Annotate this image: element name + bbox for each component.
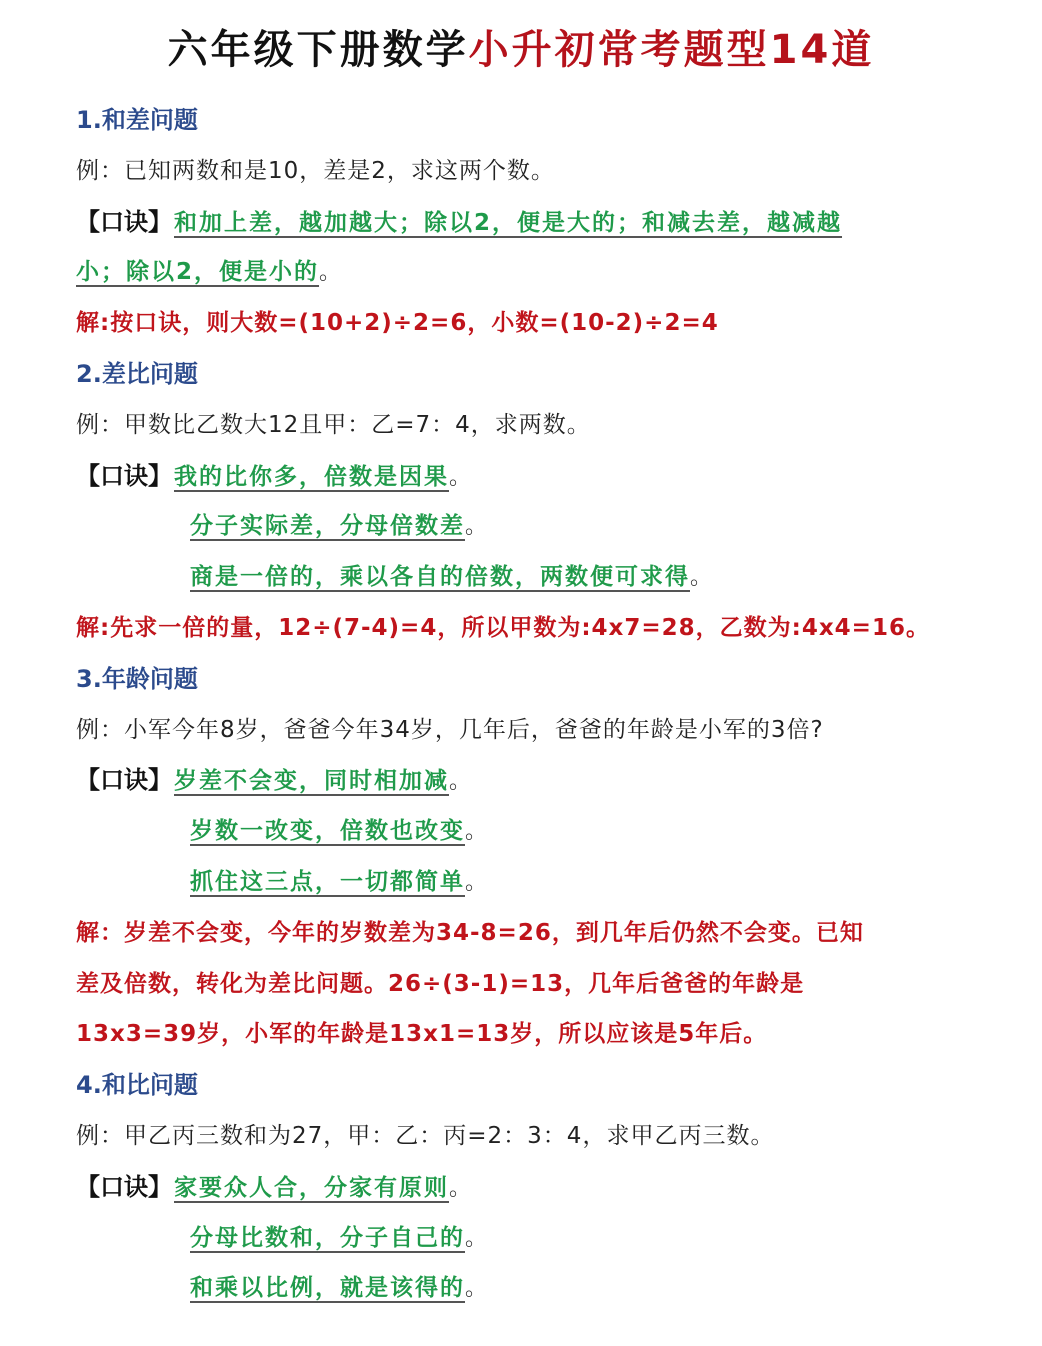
mnemonic-text: 商是一倍的，乘以各自的倍数，两数便可求得 (190, 564, 690, 590)
example-text: 例：小军今年8岁，爸爸今年34岁，几年后，爸爸的年龄是小军的3倍? (76, 712, 824, 748)
solution-text: 解：岁差不会变，今年的岁数差为34-8=26，到几年后仍然不会变。已知 (76, 915, 864, 951)
solution-text: 解:先求一倍的量，12÷(7-4)=4，所以甲数为:4x7=28，乙数为:4x4… (76, 610, 930, 646)
mnemonic-line: 商是一倍的，乘以各自的倍数，两数便可求得。 (190, 559, 712, 597)
section-heading: 4.和比问题 (76, 1067, 198, 1103)
mnemonic-line: 分子实际差，分母倍数差。 (190, 508, 487, 546)
solution-text: 差及倍数，转化为差比问题。26÷(3-1)=13，几年后爸爸的年龄是 (76, 966, 804, 1002)
section-heading: 3.年龄问题 (76, 661, 198, 697)
mnemonic-text: 家要众人合，分家有原则 (174, 1175, 449, 1201)
mnemonic-line: 【口诀】和加上差，越加越大；除以2，便是大的；和减去差，越减越 (76, 204, 842, 243)
mnemonic-line: 抓住这三点，一切都简单。 (190, 864, 487, 902)
mnemonic-line: 【口诀】岁差不会变，同时相加减。 (76, 762, 471, 801)
mnemonic-text: 岁数一改变，倍数也改变 (190, 818, 465, 844)
mnemonic-text: 分母比数和，分子自己的 (190, 1225, 465, 1251)
example-text: 例：已知两数和是10，差是2，求这两个数。 (76, 153, 555, 189)
solution-text: 13x3=39岁，小军的年龄是13x1=13岁，所以应该是5年后。 (76, 1016, 767, 1052)
title-red: 小升初常考题型14道 (469, 27, 875, 73)
mnemonic-label: 【口诀】 (76, 462, 172, 490)
section-heading: 1.和差问题 (76, 102, 198, 138)
solution-text: 解:按口诀，则大数=(10+2)÷2=6，小数=(10-2)÷2=4 (76, 305, 719, 341)
example-text: 例：甲数比乙数大12且甲：乙=7：4，求两数。 (76, 407, 591, 443)
section-heading: 2.差比问题 (76, 356, 198, 392)
mnemonic-label: 【口诀】 (76, 766, 172, 794)
mnemonic-line: 分母比数和，分子自己的。 (190, 1220, 487, 1258)
mnemonic-text: 和乘以比例，就是该得的 (190, 1275, 465, 1301)
mnemonic-label: 【口诀】 (76, 208, 172, 236)
page-title: 六年级下册数学小升初常考题型14道 (0, 22, 1042, 78)
mnemonic-text: 小；除以2，便是小的 (76, 259, 319, 285)
mnemonic-line: 小；除以2，便是小的。 (76, 254, 341, 292)
mnemonic-text: 抓住这三点，一切都简单 (190, 869, 465, 895)
mnemonic-text: 分子实际差，分母倍数差 (190, 513, 465, 539)
mnemonic-line: 【口诀】我的比你多，倍数是因果。 (76, 458, 471, 497)
mnemonic-label: 【口诀】 (76, 1173, 172, 1201)
mnemonic-line: 【口诀】家要众人合，分家有原则。 (76, 1169, 471, 1208)
mnemonic-text: 和加上差，越加越大；除以2，便是大的；和减去差，越减越 (174, 210, 842, 236)
example-text: 例：甲乙丙三数和为27，甲：乙：丙=2：3：4，求甲乙丙三数。 (76, 1118, 774, 1154)
mnemonic-line: 岁数一改变，倍数也改变。 (190, 813, 487, 851)
mnemonic-text: 岁差不会变，同时相加减 (174, 768, 449, 794)
title-black: 六年级下册数学 (168, 27, 469, 73)
mnemonic-line: 和乘以比例，就是该得的。 (190, 1270, 487, 1308)
mnemonic-text: 我的比你多，倍数是因果 (174, 464, 449, 490)
